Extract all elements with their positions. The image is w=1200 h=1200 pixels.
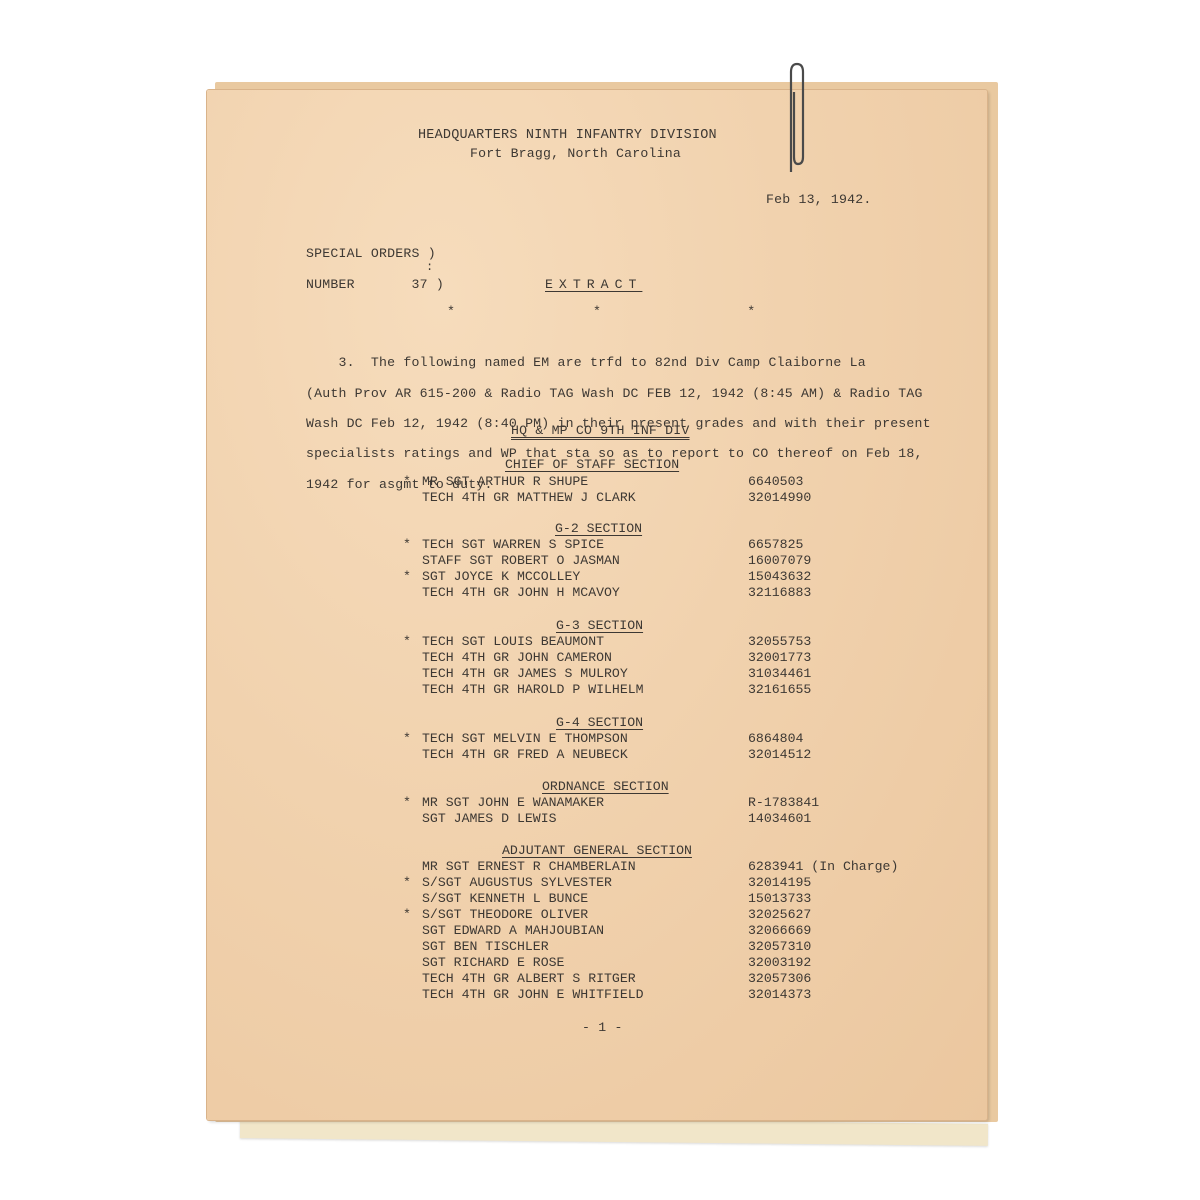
personnel-row: TECH 4TH GR FRED A NEUBECK32014512 xyxy=(403,747,923,763)
personnel-row: TECH 4TH GR JOHN H MCAVOY32116883 xyxy=(403,585,923,601)
serial-number: 32003192 xyxy=(748,955,811,970)
special-orders-label: SPECIAL ORDERS ) xyxy=(306,246,436,261)
serial-number: 14034601 xyxy=(748,811,811,826)
personnel-row: *TECH SGT WARREN S SPICE6657825 xyxy=(403,537,923,553)
asterisk-mark: * xyxy=(403,537,417,552)
soldier-name: SGT BEN TISCHLER xyxy=(422,939,549,954)
paragraph-line: 3. The following named EM are trfd to 82… xyxy=(306,355,931,370)
soldier-name: SGT JOYCE K MCCOLLEY xyxy=(422,569,580,584)
serial-number: 31034461 xyxy=(748,666,811,681)
soldier-name: TECH SGT MELVIN E THOMPSON xyxy=(422,731,628,746)
asterisk-mark: * xyxy=(403,795,417,810)
soldier-name: SGT EDWARD A MAHJOUBIAN xyxy=(422,923,604,938)
serial-number: 32014512 xyxy=(748,747,811,762)
section-title: G-3 SECTION xyxy=(556,618,643,633)
letterhead-title: HEADQUARTERS NINTH INFANTRY DIVISION xyxy=(418,128,717,143)
separator-stars: * * * xyxy=(447,304,755,319)
letterhead-location: Fort Bragg, North Carolina xyxy=(470,146,681,161)
personnel-row: *S/SGT AUGUSTUS SYLVESTER32014195 xyxy=(403,875,923,891)
personnel-row: SGT EDWARD A MAHJOUBIAN32066669 xyxy=(403,923,923,939)
soldier-name: MR SGT JOHN E WANAMAKER xyxy=(422,795,604,810)
special-orders-number: NUMBER 37 ) xyxy=(306,277,444,292)
asterisk-mark: * xyxy=(403,875,417,890)
personnel-row: MR SGT ERNEST R CHAMBERLAIN6283941 (In C… xyxy=(403,859,923,875)
page-number: - 1 - xyxy=(582,1020,623,1035)
asterisk-mark: * xyxy=(403,474,417,489)
personnel-row: S/SGT KENNETH L BUNCE15013733 xyxy=(403,891,923,907)
personnel-row: TECH 4TH GR JOHN CAMERON32001773 xyxy=(403,650,923,666)
soldier-name: TECH 4TH GR JOHN E WHITFIELD xyxy=(422,987,644,1002)
personnel-row: *TECH SGT MELVIN E THOMPSON6864804 xyxy=(403,731,923,747)
serial-number: 6657825 xyxy=(748,537,803,552)
personnel-row: TECH 4TH GR JAMES S MULROY31034461 xyxy=(403,666,923,682)
personnel-row: *S/SGT THEODORE OLIVER32025627 xyxy=(403,907,923,923)
serial-number: 32057310 xyxy=(748,939,811,954)
serial-number: 32057306 xyxy=(748,971,811,986)
soldier-name: TECH 4TH GR HAROLD P WILHELM xyxy=(422,682,644,697)
asterisk-mark: * xyxy=(403,731,417,746)
personnel-row: TECH 4TH GR HAROLD P WILHELM32161655 xyxy=(403,682,923,698)
personnel-row: TECH 4TH GR MATTHEW J CLARK32014990 xyxy=(403,490,923,506)
soldier-name: TECH 4TH GR JAMES S MULROY xyxy=(422,666,628,681)
soldier-name: S/SGT THEODORE OLIVER xyxy=(422,907,588,922)
section-title: G-2 SECTION xyxy=(555,521,642,536)
personnel-row: *TECH SGT LOUIS BEAUMONT32055753 xyxy=(403,634,923,650)
serial-number: 6640503 xyxy=(748,474,803,489)
asterisk-mark: * xyxy=(403,569,417,584)
soldier-name: TECH 4TH GR MATTHEW J CLARK xyxy=(422,490,636,505)
special-orders-colon: : xyxy=(426,260,433,274)
soldier-name: S/SGT AUGUSTUS SYLVESTER xyxy=(422,875,612,890)
personnel-row: SGT JAMES D LEWIS14034601 xyxy=(403,811,923,827)
asterisk-mark: * xyxy=(403,907,417,922)
extract-title: EXTRACT xyxy=(545,277,642,292)
serial-number: 15013733 xyxy=(748,891,811,906)
serial-number: 15043632 xyxy=(748,569,811,584)
section-title: ADJUTANT GENERAL SECTION xyxy=(502,843,692,858)
asterisk-mark: * xyxy=(403,634,417,649)
soldier-name: TECH SGT LOUIS BEAUMONT xyxy=(422,634,604,649)
serial-number: 32055753 xyxy=(748,634,811,649)
soldier-name: TECH 4TH GR JOHN H MCAVOY xyxy=(422,585,620,600)
serial-number: 32116883 xyxy=(748,585,811,600)
serial-number: 32014990 xyxy=(748,490,811,505)
serial-number: 32066669 xyxy=(748,923,811,938)
personnel-row: SGT BEN TISCHLER32057310 xyxy=(403,939,923,955)
personnel-row: *MR SGT JOHN E WANAMAKERR-1783841 xyxy=(403,795,923,811)
soldier-name: STAFF SGT ROBERT O JASMAN xyxy=(422,553,620,568)
serial-number: 32161655 xyxy=(748,682,811,697)
serial-number: 16007079 xyxy=(748,553,811,568)
unit-heading: HQ & MP CO 9TH INF DIV xyxy=(511,423,690,438)
personnel-row: SGT RICHARD E ROSE32003192 xyxy=(403,955,923,971)
soldier-name: S/SGT KENNETH L BUNCE xyxy=(422,891,588,906)
serial-number: 32014373 xyxy=(748,987,811,1002)
personnel-row: *MR SGT ARTHUR R SHUPE6640503 xyxy=(403,474,923,490)
soldier-name: TECH 4TH GR FRED A NEUBECK xyxy=(422,747,628,762)
personnel-row: STAFF SGT ROBERT O JASMAN16007079 xyxy=(403,553,923,569)
personnel-row: *SGT JOYCE K MCCOLLEY15043632 xyxy=(403,569,923,585)
personnel-row: TECH 4TH GR JOHN E WHITFIELD32014373 xyxy=(403,987,923,1003)
document-date: Feb 13, 1942. xyxy=(766,192,871,207)
personnel-row: TECH 4TH GR ALBERT S RITGER32057306 xyxy=(403,971,923,987)
serial-number: 32025627 xyxy=(748,907,811,922)
soldier-name: MR SGT ERNEST R CHAMBERLAIN xyxy=(422,859,636,874)
section-title: CHIEF OF STAFF SECTION xyxy=(505,457,679,472)
soldier-name: TECH 4TH GR ALBERT S RITGER xyxy=(422,971,636,986)
serial-number: 32001773 xyxy=(748,650,811,665)
serial-number: 6283941 (In Charge) xyxy=(748,859,898,874)
section-title: ORDNANCE SECTION xyxy=(542,779,669,794)
serial-number: 32014195 xyxy=(748,875,811,890)
soldier-name: MR SGT ARTHUR R SHUPE xyxy=(422,474,588,489)
paragraph-line: (Auth Prov AR 615-200 & Radio TAG Wash D… xyxy=(306,386,931,401)
soldier-name: SGT JAMES D LEWIS xyxy=(422,811,557,826)
soldier-name: TECH 4TH GR JOHN CAMERON xyxy=(422,650,612,665)
section-title: G-4 SECTION xyxy=(556,715,643,730)
soldier-name: SGT RICHARD E ROSE xyxy=(422,955,564,970)
serial-number: R-1783841 xyxy=(748,795,819,810)
serial-number: 6864804 xyxy=(748,731,803,746)
soldier-name: TECH SGT WARREN S SPICE xyxy=(422,537,604,552)
paper-clip-icon xyxy=(785,62,807,174)
